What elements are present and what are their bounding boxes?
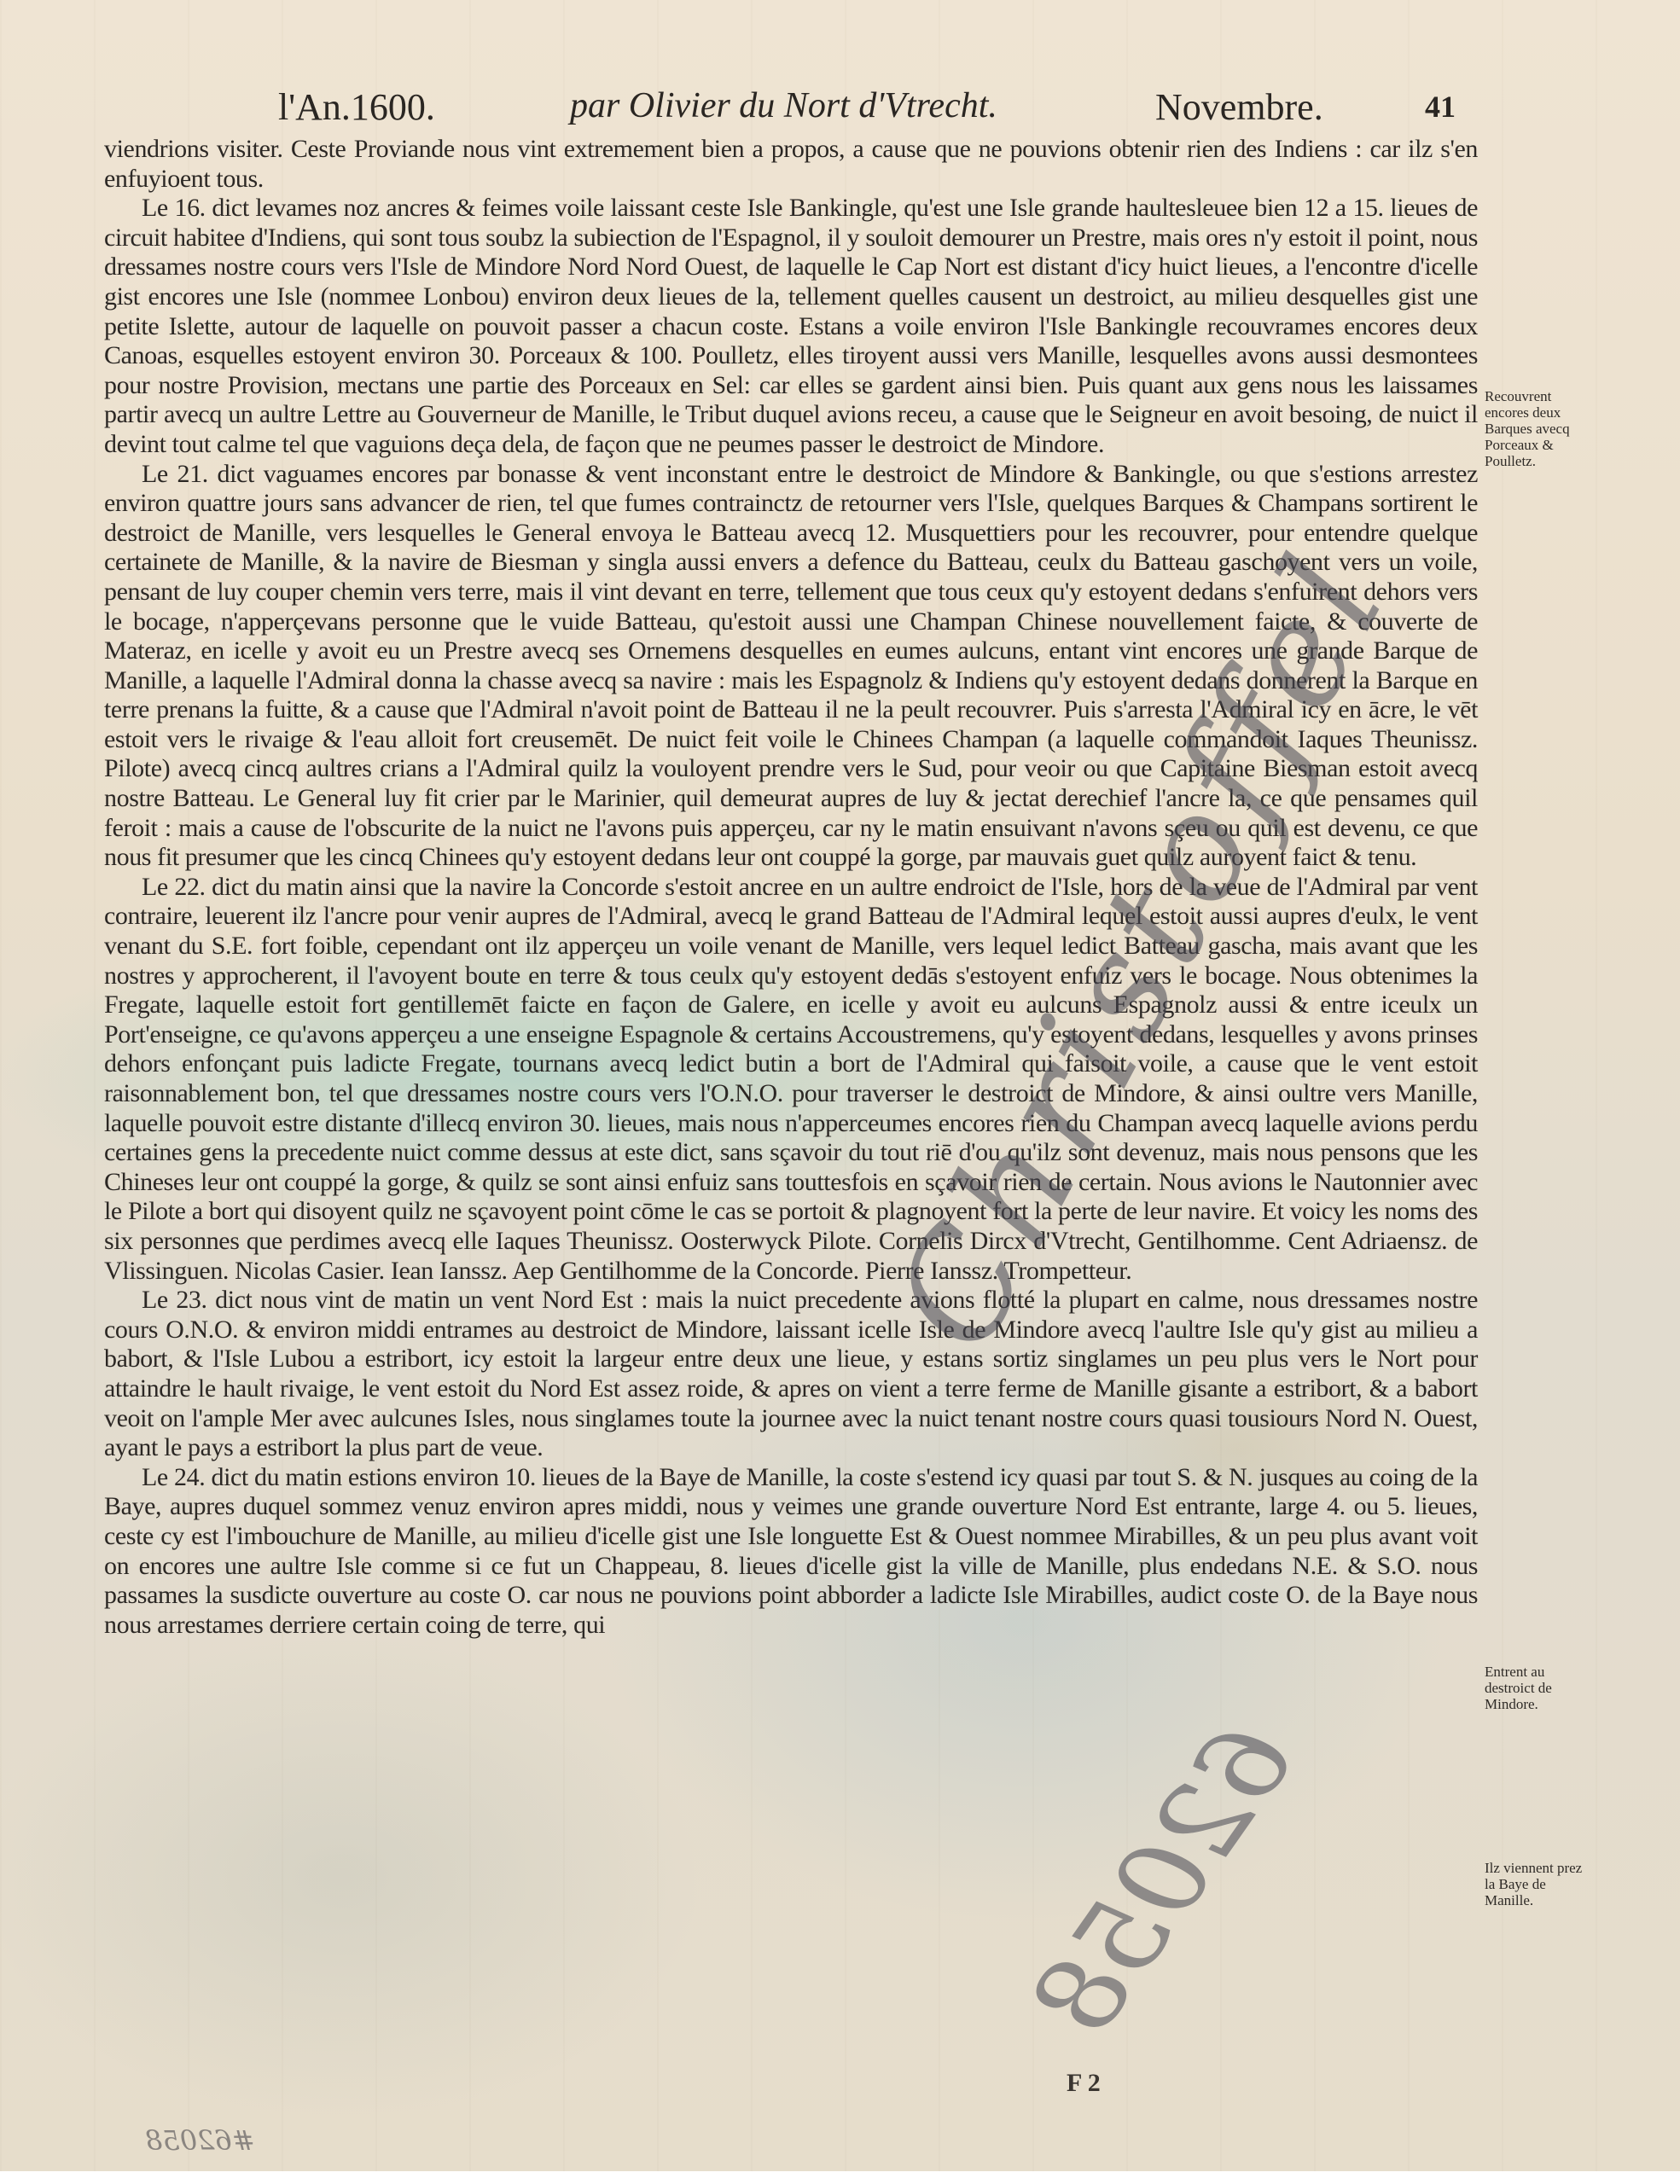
paragraph: viendrions visiter. Ceste Proviande nous… xyxy=(104,135,1478,194)
running-head: l'An.1600. par Olivier du Nort d'Vtrecht… xyxy=(0,85,1680,136)
marginal-note-barques: Recouvrent encores deux Barques avecq Po… xyxy=(1485,388,1596,469)
header-month: Novembre. xyxy=(1155,85,1323,129)
body-text: viendrions visiter. Ceste Proviande nous… xyxy=(104,135,1478,1640)
marginal-note-manille: Ilz viennent prez la Baye de Manille. xyxy=(1485,1860,1596,1908)
header-title: par Olivier du Nort d'Vtrecht. xyxy=(570,85,997,126)
paragraph-22-november: Le 22. dict du matin ainsi que la navire… xyxy=(104,873,1478,1286)
signature-mark: F 2 xyxy=(1067,2069,1101,2098)
paragraph-23-november: Le 23. dict nous vint de matin un vent N… xyxy=(104,1286,1478,1463)
page-number: 41 xyxy=(1425,89,1456,125)
inventory-number: #62058 xyxy=(145,2124,255,2157)
handwritten-showthrough-number: 62058 xyxy=(1009,1698,1318,2061)
paragraph-24-november: Le 24. dict du matin estions environ 10.… xyxy=(104,1463,1478,1641)
document-page: l'An.1600. par Olivier du Nort d'Vtrecht… xyxy=(0,0,1680,2171)
header-year: l'An.1600. xyxy=(278,85,435,129)
paragraph-16-november: Le 16. dict levames noz ancres & feimes … xyxy=(104,194,1478,459)
marginal-note-mindore: Entrent au destroict de Mindore. xyxy=(1485,1664,1596,1712)
